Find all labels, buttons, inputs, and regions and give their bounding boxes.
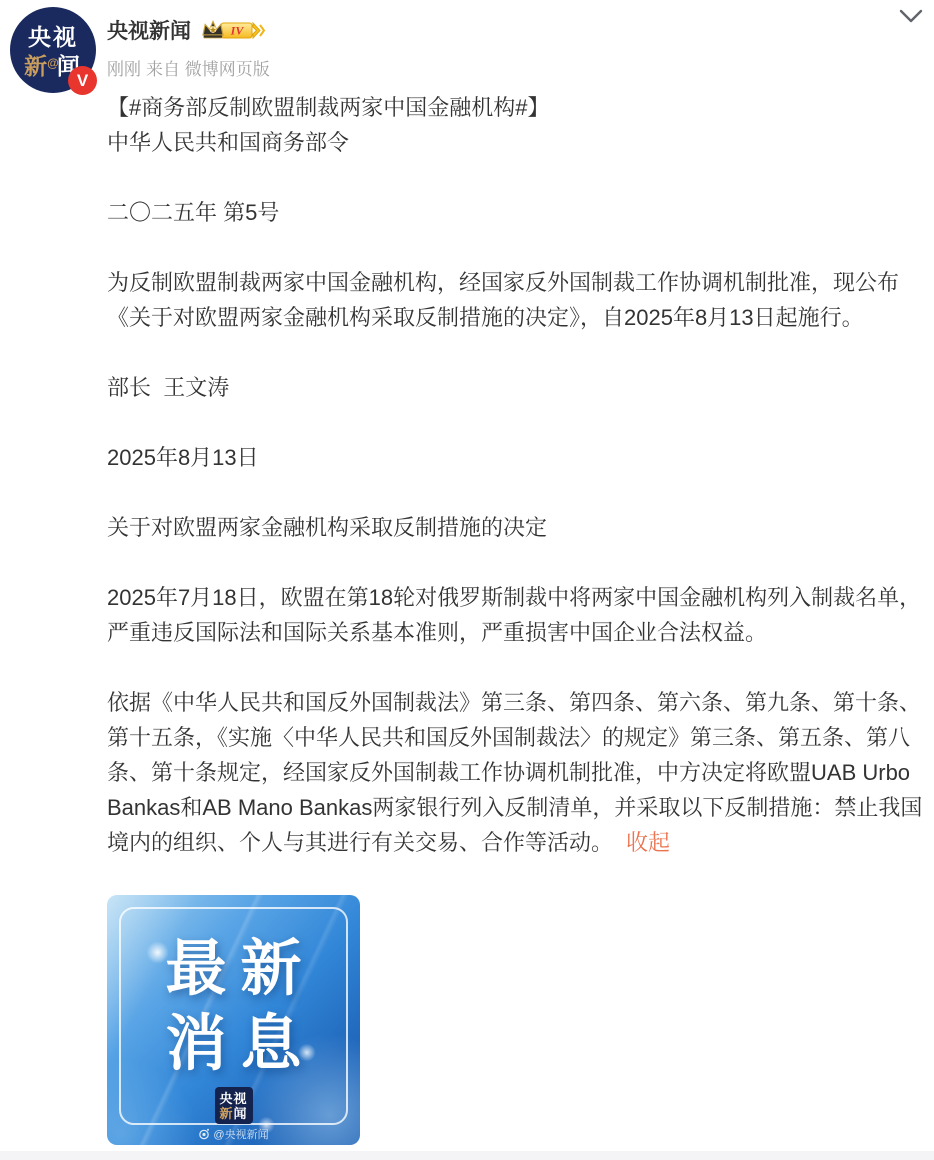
crown-vip-icon: IV — [200, 18, 267, 42]
cctv-logo-line2-second: 闻 — [234, 1106, 248, 1121]
page-bottom-divider — [0, 1151, 934, 1160]
cctv-logo-line1: 央视 — [219, 1091, 247, 1106]
post-text: 【#商务部反制欧盟制裁两家中国金融机构#】 中华人民共和国商务部令 二〇二五年 … — [107, 95, 922, 855]
avatar-line2-first: 新 — [24, 53, 49, 79]
cctv-logo-line2: 新闻 — [219, 1106, 247, 1121]
post-source[interactable]: 来自 微博网页版 — [146, 60, 270, 79]
post-header: 央视 新@闻 V 央视新闻 — [10, 7, 926, 95]
collapse-link[interactable]: 收起 — [626, 830, 670, 855]
watermark-text: @央视新闻 — [213, 1126, 268, 1142]
verified-v-badge: V — [68, 66, 97, 95]
username[interactable]: 央视新闻 — [107, 15, 191, 45]
camera-watermark-icon — [198, 1128, 210, 1140]
vip-level-badge[interactable]: IV — [200, 18, 267, 42]
timestamp[interactable]: 刚刚 — [107, 60, 141, 79]
avatar[interactable]: 央视 新@闻 V — [10, 7, 96, 93]
image-headline-line2: 消息 — [107, 1006, 360, 1081]
avatar-line1: 央视 — [28, 24, 78, 50]
cctv-news-logo: 央视 新闻 — [214, 1087, 252, 1124]
post-menu-button[interactable] — [898, 7, 926, 31]
post-body: 【#商务部反制欧盟制裁两家中国金融机构#】 中华人民共和国商务部令 二〇二五年 … — [107, 90, 931, 860]
header-info: 央视新闻 IV — [107, 7, 926, 80]
chevron-down-icon — [898, 7, 924, 27]
watermark: @央视新闻 — [107, 1126, 360, 1142]
name-row: 央视新闻 IV — [107, 15, 926, 45]
cctv-logo-line2-first: 新 — [219, 1106, 233, 1121]
post-image[interactable]: 最新 消息 央视 新闻 @央视新闻 — [107, 895, 360, 1145]
image-headline: 最新 消息 — [107, 931, 360, 1081]
weibo-post: 央视 新@闻 V 央视新闻 — [0, 0, 934, 1160]
image-headline-line1: 最新 — [107, 931, 360, 1006]
vip-level-text: IV — [230, 24, 245, 38]
post-meta: 刚刚来自 微博网页版 — [107, 55, 926, 80]
